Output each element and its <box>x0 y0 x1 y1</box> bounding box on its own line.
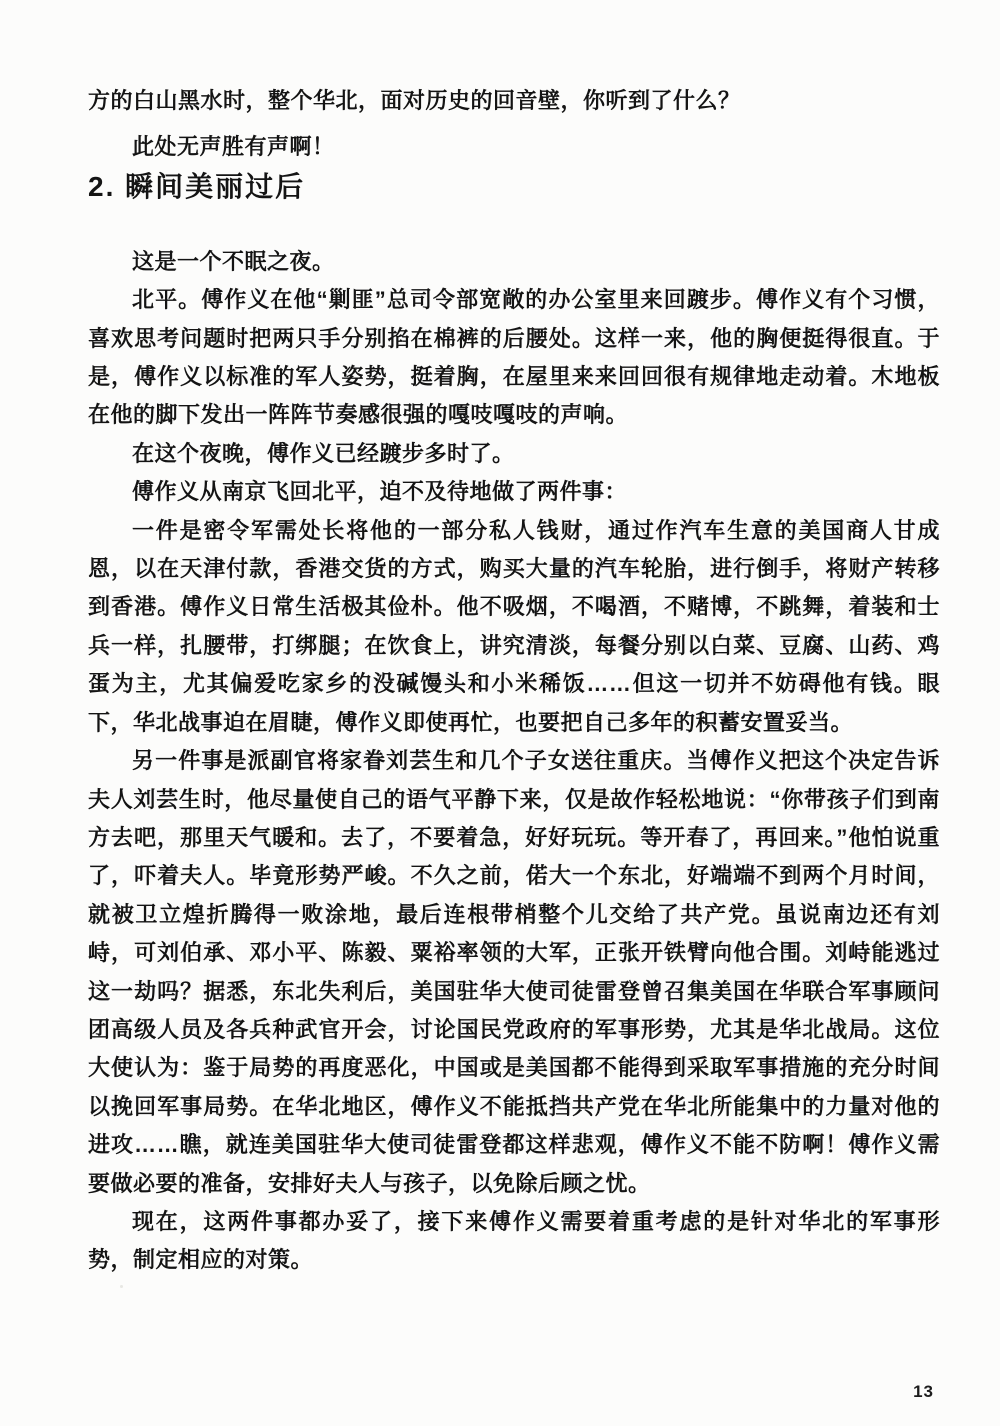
paragraph: 一件是密令军需处长将他的一部分私人钱财，通过作汽车生意的美国商人甘成恩，以在天津… <box>88 512 940 742</box>
page-number: 13 <box>913 1382 934 1402</box>
paragraph: 这是一个不眠之夜。 <box>88 243 940 281</box>
paragraphs: 这是一个不眠之夜。北平。傅作义在他“剿匪”总司令部宽敞的办公室里来回踱步。傅作义… <box>88 243 940 1280</box>
paragraph: 傅作义从南京飞回北平，迫不及待地做了两件事： <box>88 473 940 511</box>
opening-continuation-line: 方的白山黑水时，整个华北，面对历史的回音壁，你听到了什么？ <box>88 82 940 120</box>
paragraph: 在这个夜晚，傅作义已经踱步多时了。 <box>88 435 940 473</box>
section-heading: 2. 瞬间美丽过后 <box>88 167 940 207</box>
book-page: 方的白山黑水时，整个华北，面对历史的回音壁，你听到了什么？ 此处无声胜有声啊！ … <box>0 0 1000 1426</box>
paragraph: 另一件事是派副官将家眷刘芸生和几个子女送往重庆。当傅作义把这个决定告诉夫人刘芸生… <box>88 742 940 1203</box>
paragraph: 现在，这两件事都办妥了，接下来傅作义需要着重考虑的是针对华北的军事形势，制定相应… <box>88 1203 940 1280</box>
scan-speck <box>120 1285 123 1288</box>
opening-line-2: 此处无声胜有声啊！ <box>88 128 940 166</box>
paragraph: 北平。傅作义在他“剿匪”总司令部宽敞的办公室里来回踱步。傅作义有个习惯，喜欢思考… <box>88 281 940 435</box>
page-content: 方的白山黑水时，整个华北，面对历史的回音壁，你听到了什么？ 此处无声胜有声啊！ … <box>88 82 940 1280</box>
